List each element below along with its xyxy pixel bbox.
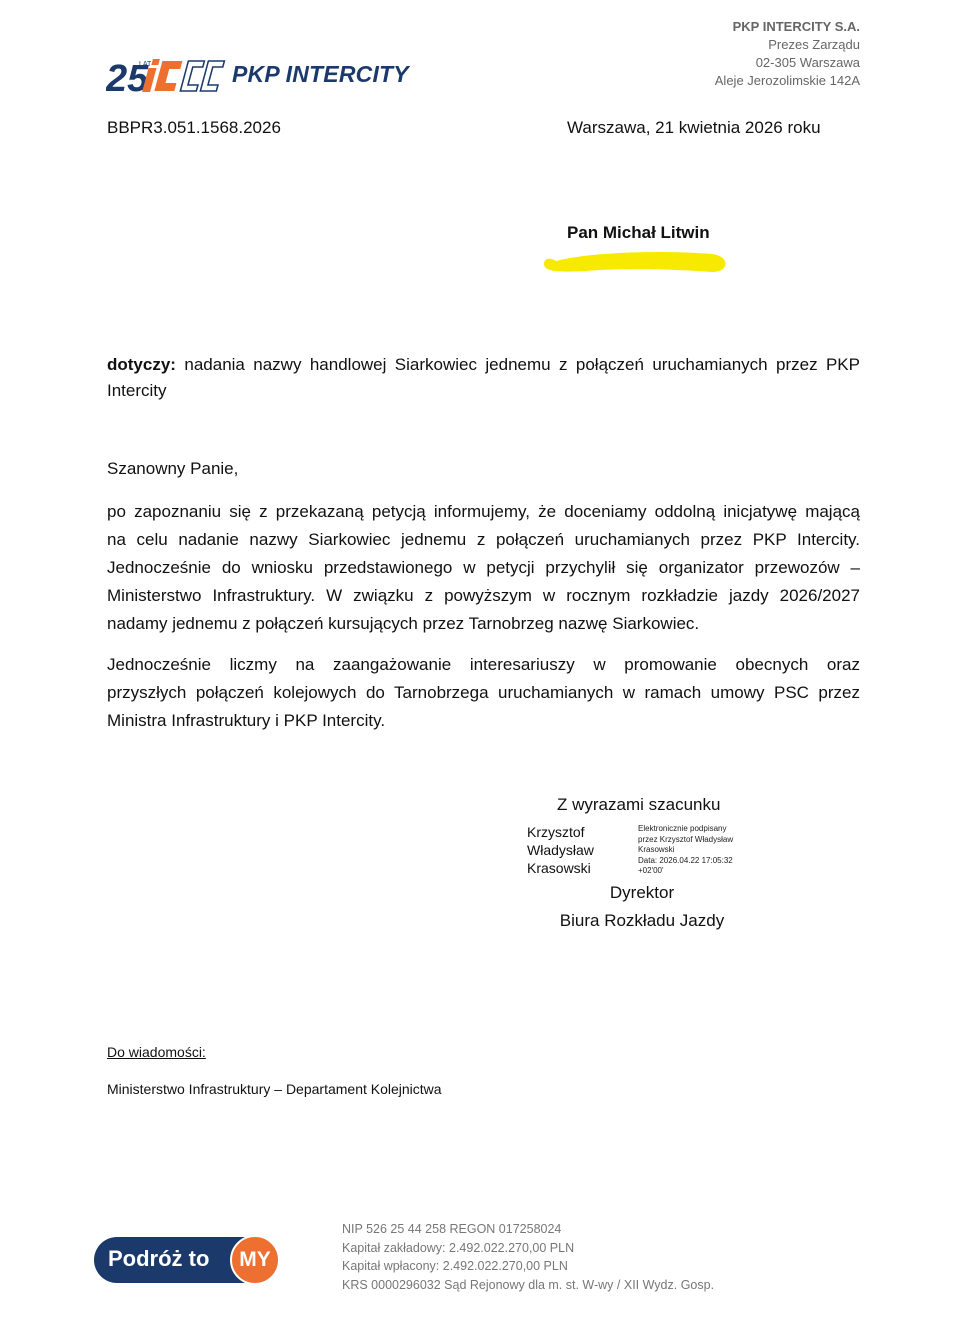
- slogan-text: Podróż to: [108, 1246, 209, 1272]
- paragraph-line: Ministra Infrastruktury i PKP Intercity.: [107, 707, 860, 735]
- legal-line: Kapitał zakładowy: 2.492.022.270,00 PLN: [342, 1239, 714, 1258]
- esign-line: przez Krzysztof Władysław: [638, 835, 733, 846]
- body-paragraph-1: po zapoznaniu się z przekazaną petycją i…: [107, 498, 860, 638]
- slogan-badge-text: MY: [232, 1248, 278, 1272]
- legal-line: KRS 0000296032 Sąd Rejonowy dla m. st. W…: [342, 1276, 714, 1295]
- reference-number: BBPR3.051.1568.2026: [107, 118, 281, 138]
- legal-line: Kapitał wpłacony: 2.492.022.270,00 PLN: [342, 1257, 714, 1276]
- sender-address: PKP INTERCITY S.A. Prezes Zarządu 02-305…: [715, 18, 860, 90]
- paragraph-line: na celu nadanie nazwy Siarkowiec jednemu…: [107, 526, 860, 554]
- legal-info: NIP 526 25 44 258 REGON 017258024 Kapita…: [342, 1220, 714, 1294]
- paragraph-line: po zapoznaniu się z przekazaną petycją i…: [107, 498, 860, 526]
- signer-role: Dyrektor Biura Rozkładu Jazdy: [557, 879, 727, 935]
- esign-line: +02'00': [638, 866, 733, 877]
- esign-line: Krasowski: [638, 845, 733, 856]
- slogan-badge-icon: MY: [230, 1235, 280, 1285]
- esign-line: Data: 2026.04.22 17:05:32: [638, 856, 733, 867]
- slogan-logo: Podróż to MY: [94, 1235, 281, 1285]
- signer-line: Krzysztof: [527, 823, 594, 841]
- signer-line: Władysław: [527, 841, 594, 859]
- esign-line: Elektronicznie podpisany: [638, 824, 733, 835]
- sender-line: Prezes Zarządu: [715, 36, 860, 54]
- closing-phrase: Z wyrazami szacunku: [557, 795, 720, 815]
- subject-line: dotyczy: nadania nazwy handlowej Siarkow…: [107, 352, 860, 404]
- svg-text:LAT: LAT: [139, 61, 152, 68]
- highlighter-mark: [540, 244, 730, 283]
- sender-line: 02-305 Warszawa: [715, 54, 860, 72]
- paragraph-line: przyszłych połączeń kolejowych do Tarnob…: [107, 679, 860, 707]
- sender-line: Aleje Jerozolimskie 142A: [715, 72, 860, 90]
- ic-25-anniversary-logo-icon: 25 LAT: [106, 55, 228, 97]
- role-title: Dyrektor: [557, 879, 727, 907]
- subject-text: nadania nazwy handlowej Siarkowiec jedne…: [107, 355, 860, 400]
- recipient-name: Pan Michał Litwin: [567, 223, 710, 243]
- paragraph-line: Ministerstwo Infrastruktury. W związku z…: [107, 582, 860, 610]
- cc-label: Do wiadomości:: [107, 1044, 206, 1060]
- pkp-intercity-logo: 25 LAT PKP INTERCITY: [106, 55, 426, 97]
- signer-name: Krzysztof Władysław Krasowski: [527, 823, 594, 877]
- cc-recipient: Ministerstwo Infrastruktury – Departamen…: [107, 1081, 442, 1097]
- legal-line: NIP 526 25 44 258 REGON 017258024: [342, 1220, 714, 1239]
- role-department: Biura Rozkładu Jazdy: [557, 907, 727, 935]
- body-paragraph-2: Jednocześnie liczmy na zaangażowanie int…: [107, 651, 860, 735]
- paragraph-line: Jednocześnie do wniosku przedstawionego …: [107, 554, 860, 582]
- signer-line: Krasowski: [527, 859, 594, 877]
- paragraph-line: nadamy jednemu z połączeń kursujących pr…: [107, 610, 860, 638]
- paragraph-line: Jednocześnie liczmy na zaangażowanie int…: [107, 651, 860, 679]
- salutation: Szanowny Panie,: [107, 459, 238, 479]
- letter-date: Warszawa, 21 kwietnia 2026 roku: [567, 118, 821, 138]
- subject-label: dotyczy:: [107, 355, 176, 374]
- sender-company: PKP INTERCITY S.A.: [715, 18, 860, 36]
- electronic-signature-stamp: Elektronicznie podpisany przez Krzysztof…: [638, 824, 733, 877]
- brand-name: PKP INTERCITY: [232, 61, 409, 88]
